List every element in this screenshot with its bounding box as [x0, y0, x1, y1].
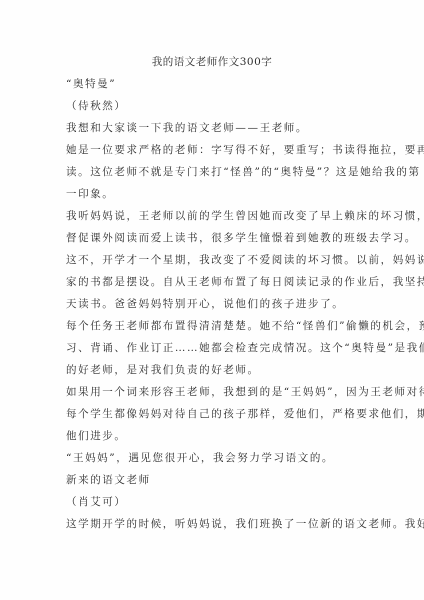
- paragraph-line: 读。这位老师不就是专门来打“怪兽”的“奥特曼”？这是她给我的第: [66, 165, 362, 187]
- document-body: “奥特曼” （侍秋然） 我想和大家谈一下我的语文老师——王老师。 她是一位要求严…: [66, 77, 362, 539]
- paragraph-line: 习、背诵、作业订正……她都会检查完成情况。这个“奥特曼”是我们: [66, 341, 362, 363]
- paragraph-line: 一印象。: [66, 187, 362, 209]
- paragraph-line: 如果用一个词来形容王老师，我想到的是“王妈妈”，因为王老师对待: [66, 385, 362, 407]
- paragraph-line: 天读书。爸爸妈妈特别开心，说他们的孩子进步了。: [66, 297, 362, 319]
- paragraph-line: 的好老师，是对我们负责的好老师。: [66, 363, 362, 385]
- paragraph-line: 这不，开学才一个星期，我改变了不爱阅读的坏习惯。以前，妈妈说我: [66, 253, 362, 275]
- paragraph-line: 督促课外阅读而爱上读书，很多学生憧憬着到她教的班级去学习。: [66, 231, 362, 253]
- paragraph-line: 每个任务王老师都布置得清清楚楚。她不给“怪兽们”偷懒的机会，预: [66, 319, 362, 341]
- paragraph-line: “王妈妈”，遇见您很开心，我会努力学习语文的。: [66, 451, 362, 473]
- paragraph-line: 她是一位要求严格的老师：字写得不好，要重写；书读得拖拉，要再: [66, 143, 362, 165]
- essay2-author: （肖艾可）: [66, 495, 362, 517]
- essay2-title: 新来的语文老师: [66, 473, 362, 495]
- essay1-title: “奥特曼”: [66, 77, 362, 99]
- paragraph-line: 这学期开学的时候，听妈妈说，我们班换了一位新的语文老师。我好期: [66, 517, 362, 539]
- paragraph-line: 家的书都是摆设。自从王老师布置了每日阅读记录的作业后，我坚持每: [66, 275, 362, 297]
- document-page: 我的语文老师作文300字 “奥特曼” （侍秋然） 我想和大家谈一下我的语文老师—…: [0, 0, 424, 600]
- paragraph-line: 他们进步。: [66, 429, 362, 451]
- paragraph-line: 我想和大家谈一下我的语文老师——王老师。: [66, 121, 362, 143]
- essay1-author: （侍秋然）: [66, 99, 362, 121]
- document-title: 我的语文老师作文300字: [0, 55, 424, 69]
- paragraph-line: 我听妈妈说，王老师以前的学生曾因她而改变了早上赖床的坏习惯，被: [66, 209, 362, 231]
- paragraph-line: 每个学生都像妈妈对待自己的孩子那样，爱他们，严格要求他们，期待: [66, 407, 362, 429]
